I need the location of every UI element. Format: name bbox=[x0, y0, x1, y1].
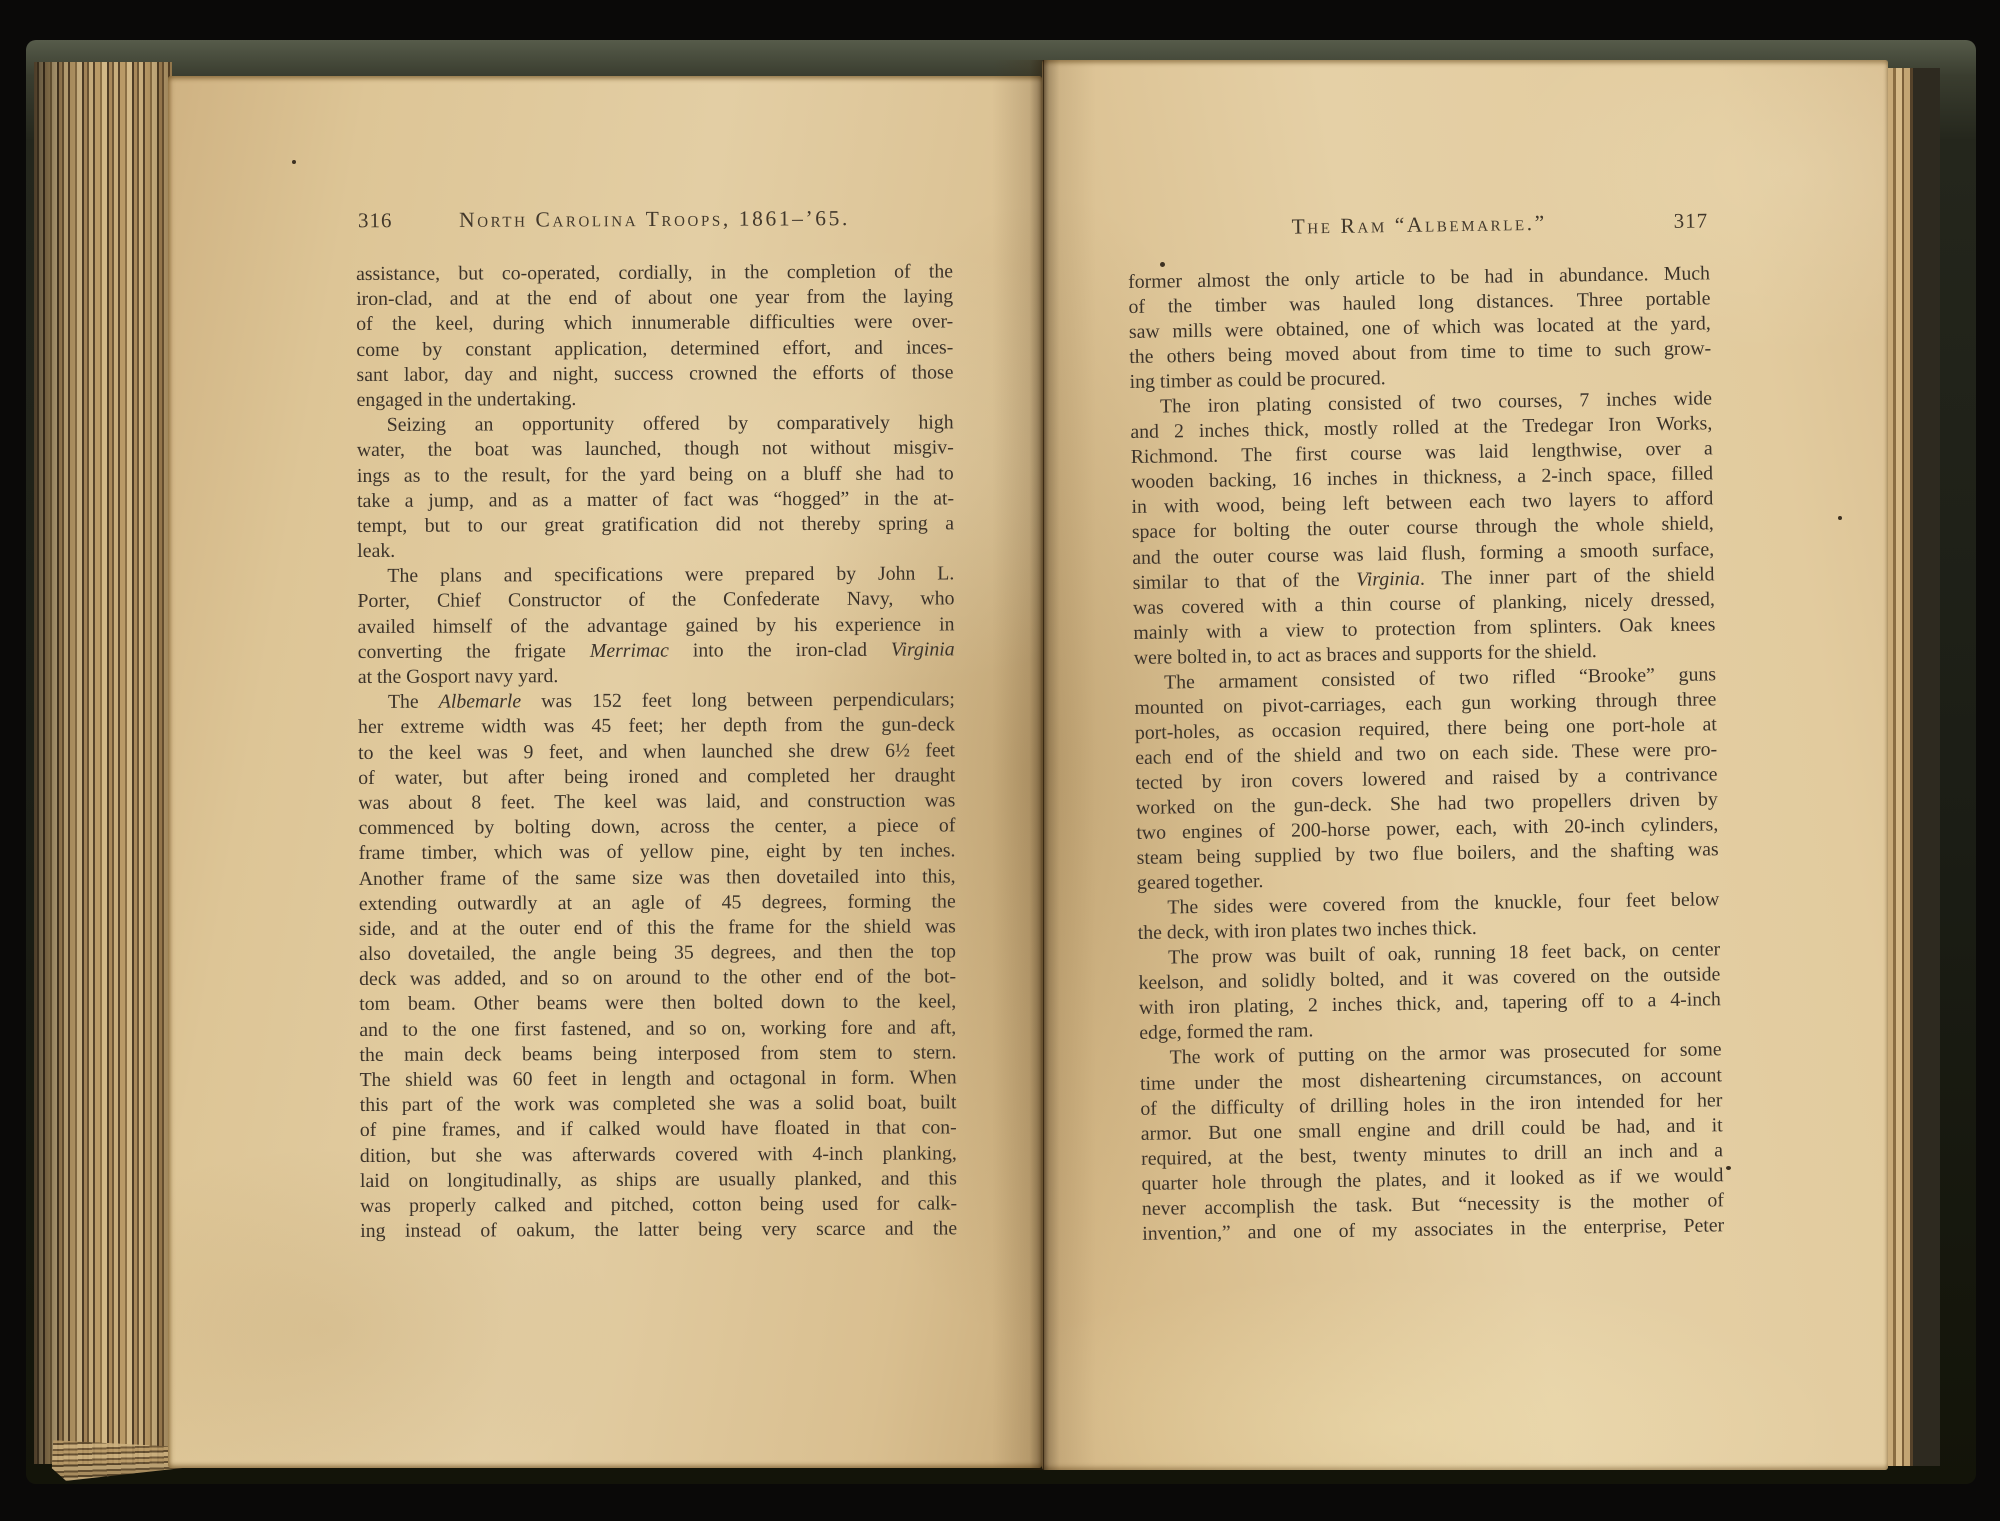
text-line: iron-clad,andattheendofaboutoneyearfromt… bbox=[356, 285, 953, 313]
text-line: engaged in the undertaking. bbox=[357, 385, 954, 413]
text-line: ofpineframes,andifcalkedwouldhavefloated… bbox=[360, 1116, 957, 1144]
text-line: Anotherframeofthesamesizewasthendovetail… bbox=[359, 864, 956, 892]
text-line: dition,butshewasafterwardscoveredwith4-i… bbox=[360, 1141, 957, 1169]
paragraph: Thearmamentconsistedoftworifled“Brooke”g… bbox=[1134, 662, 1719, 896]
print-speck bbox=[292, 160, 296, 164]
text-line: tempt,buttoourgreatgratificationdidnotth… bbox=[357, 511, 954, 539]
text-line: ofwater,butafterbeingironedandcompletedh… bbox=[358, 763, 955, 791]
text-line: andtotheonefirstfastened,andsoon,working… bbox=[359, 1015, 956, 1043]
text-line: leak. bbox=[357, 536, 954, 564]
left-running-header: 316 North Carolina Troops, 1861–’65. bbox=[356, 203, 953, 236]
text-line: ingsastotheresult,fortheyardbeingonabluf… bbox=[357, 461, 954, 489]
text-line: themaindeckbeamsbeinginterposedfromstemt… bbox=[359, 1040, 956, 1068]
left-fanned-page-edges bbox=[34, 62, 172, 1464]
text-line: tothekeelwas9feet,andwhenlaunchedshedrew… bbox=[358, 738, 955, 766]
text-line: comebyconstantapplication,determinedeffo… bbox=[356, 335, 953, 363]
paragraph: Theironplatingconsistedoftwocourses,7inc… bbox=[1130, 387, 1716, 671]
paragraph: Theprowwasbuiltofoak,running18feetback,o… bbox=[1138, 938, 1721, 1047]
paragraph: formeralmosttheonlyarticletobehadinabund… bbox=[1128, 261, 1712, 395]
text-line: inginsteadofoakum,thelatterbeingveryscar… bbox=[360, 1217, 957, 1245]
text-line: Theshieldwas60feetinlengthandoctagonalin… bbox=[360, 1065, 957, 1093]
text-line: assistance,butco-operated,cordially,inth… bbox=[356, 259, 953, 287]
paragraph: assistance,butco-operated,cordially,inth… bbox=[356, 259, 954, 413]
paragraph: TheplansandspecificationswerepreparedbyJ… bbox=[357, 562, 955, 691]
text-line: santlabor,dayandnight,successcrownedthee… bbox=[356, 360, 953, 388]
text-line: alsodovetailed,theanglebeing35degrees,an… bbox=[359, 939, 956, 967]
paragraph: Seizinganopportunityofferedbycomparative… bbox=[357, 411, 955, 565]
right-page-number: 317 bbox=[1673, 205, 1708, 236]
text-line: deckwasadded,andsoonaroundtotheotherendo… bbox=[359, 965, 956, 993]
text-line: thispartoftheworkwascompletedshewasasoli… bbox=[360, 1091, 957, 1119]
paragraph: TheAlbemarlewas152feetlongbetweenperpend… bbox=[358, 688, 957, 1245]
print-speck bbox=[1160, 262, 1165, 267]
text-line: tombeam.Otherbeamswerethenbolteddowntoth… bbox=[359, 990, 956, 1018]
text-line: ofthekeel,duringwhichinnumerabledifficul… bbox=[356, 310, 953, 338]
left-page-text: assistance,butco-operated,cordially,inth… bbox=[356, 259, 957, 1244]
text-line: TheplansandspecificationswerepreparedbyJ… bbox=[357, 562, 954, 590]
print-speck bbox=[1726, 1166, 1731, 1170]
text-line: wasabout8feet.Thekeelwaslaid,andconstruc… bbox=[358, 788, 955, 816]
text-line: TheAlbemarlewas152feetlongbetweenperpend… bbox=[358, 688, 955, 716]
text-line: availedhimselfoftheadvantagegainedbyhise… bbox=[358, 612, 955, 640]
paragraph: Thesideswerecoveredfromtheknuckle,fourfe… bbox=[1137, 887, 1720, 946]
right-page-text: formeralmosttheonlyarticletobehadinabund… bbox=[1128, 261, 1724, 1246]
left-header-title: North Carolina Troops, 1861–’65. bbox=[356, 203, 953, 236]
text-line: extendingoutwardlyatanagleof45degrees,fo… bbox=[359, 889, 956, 917]
text-line: at the Gosport navy yard. bbox=[358, 662, 955, 690]
text-line: herextremewidthwas45feet;herdepthfromthe… bbox=[358, 713, 955, 741]
text-line: commencedbyboltingdown,acrossthecenter,a… bbox=[358, 814, 955, 842]
text-line: Porter,ChiefConstructoroftheConfederateN… bbox=[357, 587, 954, 615]
text-line: Seizinganopportunityofferedbycomparative… bbox=[357, 411, 954, 439]
print-speck bbox=[1838, 516, 1842, 520]
text-line: water,theboatwaslaunched,thoughnotwithou… bbox=[357, 436, 954, 464]
right-fanned-page-edges bbox=[1888, 68, 1940, 1466]
text-line: side,andattheouterendofthistheframeforth… bbox=[359, 914, 956, 942]
text-line: frametimber,whichwasofyellowpine,eightby… bbox=[359, 839, 956, 867]
text-line: wasproperlycalkedandpitched,cottonbeingu… bbox=[360, 1191, 957, 1219]
text-line: convertingthefrigateMerrimacintotheiron-… bbox=[358, 637, 955, 665]
text-line: takeajump,andasamatteroffactwas“hogged”i… bbox=[357, 486, 954, 514]
paragraph: Theworkofputtingonthearmorwasprosecutedf… bbox=[1140, 1038, 1725, 1247]
text-line: laidonlongitudinally,asshipsareusuallypl… bbox=[360, 1166, 957, 1194]
left-page-number: 316 bbox=[358, 205, 393, 235]
